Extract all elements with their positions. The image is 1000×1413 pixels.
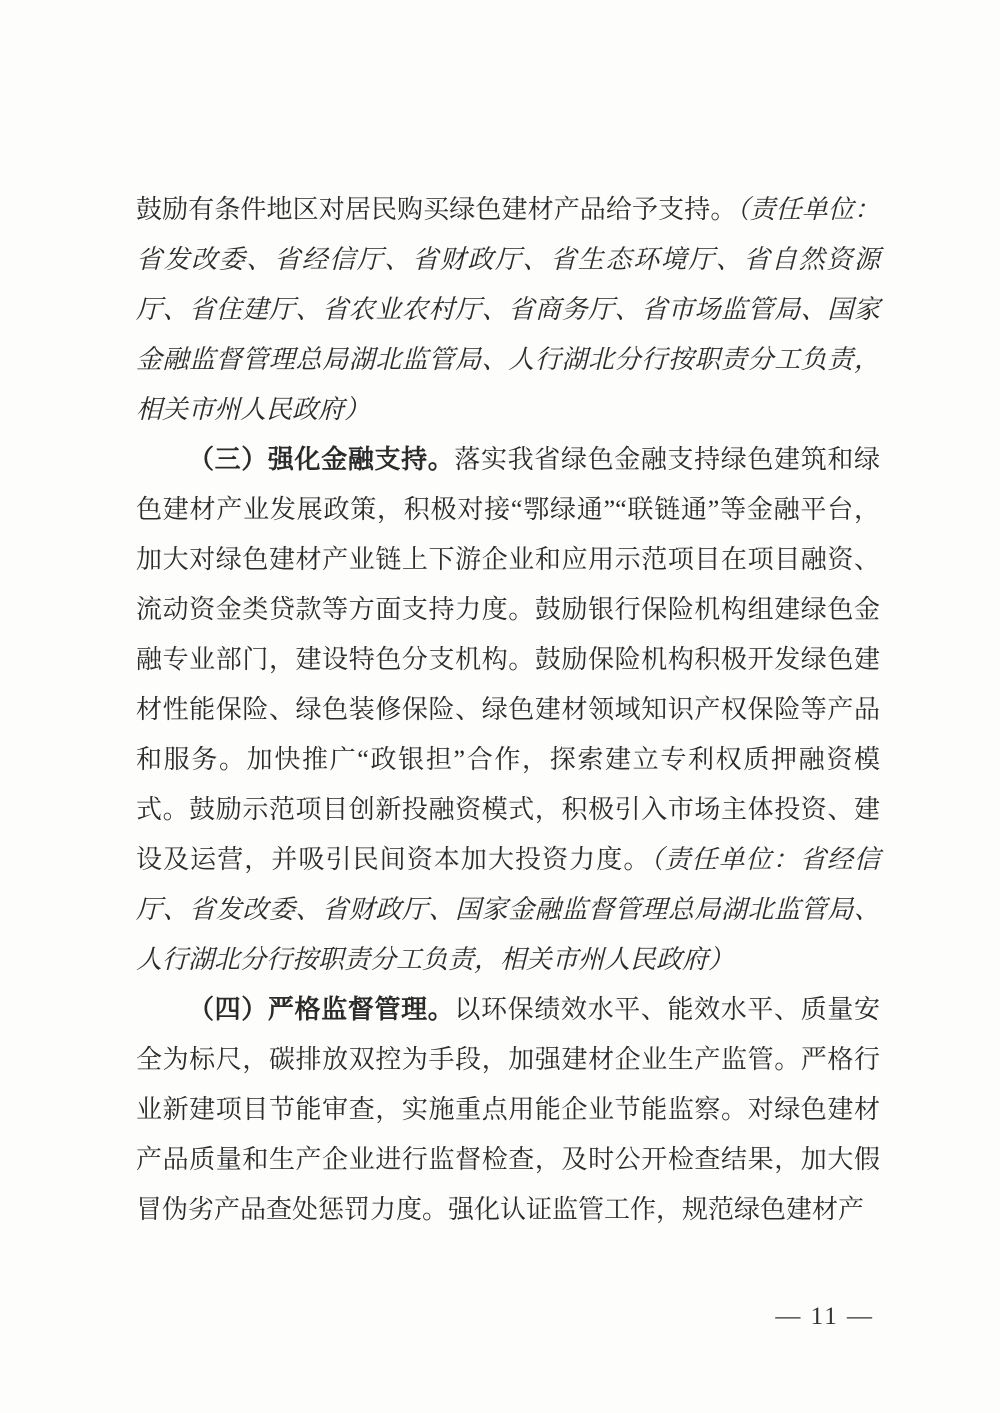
- paragraph-3: （四）严格监督管理。以环保绩效水平、能效水平、质量安全为标尺，碳排放双控为手段，…: [136, 985, 880, 1235]
- body-text: 鼓励有条件地区对居民购买绿色建材产品给予支持。: [136, 195, 736, 224]
- body-text: 落实我省绿色金融支持绿色建筑和绿色建材产业发展政策，积极对接“鄂绿通”“联链通”…: [136, 445, 880, 874]
- section-heading: （三）强化金融支持。: [188, 445, 454, 474]
- paragraph-2: （三）强化金融支持。落实我省绿色金融支持绿色建筑和绿色建材产业发展政策，积极对接…: [136, 435, 880, 985]
- page-number: — 11 —: [775, 1303, 874, 1331]
- document-page: 鼓励有条件地区对居民购买绿色建材产品给予支持。（责任单位：省发改委、省经信厅、省…: [0, 0, 1000, 1413]
- section-heading: （四）严格监督管理。: [188, 995, 454, 1024]
- body-text: 以环保绩效水平、能效水平、质量安全为标尺，碳排放双控为手段，加强建材企业生产监管…: [136, 995, 880, 1224]
- document-body: 鼓励有条件地区对居民购买绿色建材产品给予支持。（责任单位：省发改委、省经信厅、省…: [136, 185, 880, 1235]
- responsibility-unit-note: （责任单位：省发改委、省经信厅、省财政厅、省生态环境厅、省自然资源厅、省住建厅、…: [136, 195, 880, 424]
- paragraph-1: 鼓励有条件地区对居民购买绿色建材产品给予支持。（责任单位：省发改委、省经信厅、省…: [136, 185, 880, 435]
